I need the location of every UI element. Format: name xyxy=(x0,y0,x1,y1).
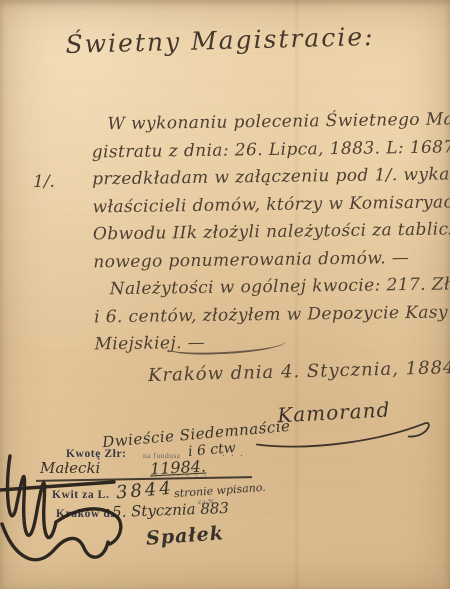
stamp-dots: . : . xyxy=(222,448,245,459)
scanned-letter-page: Świetny Magistracie: 1/. W wykonaniu pol… xyxy=(0,0,450,589)
stamp-small-print-za-n: za N. xyxy=(198,497,216,506)
margin-marker: 1/. xyxy=(33,172,55,192)
salutation: Świetny Magistracie: xyxy=(40,21,401,59)
dateline: Kraków dnia 4. Stycznia, 1884. xyxy=(148,357,450,386)
letter-body: W wykonaniu polecenia Świetnego Ma- gist… xyxy=(91,110,442,362)
clerk-signature: Spałek xyxy=(145,522,224,549)
large-ink-scrawl-signature xyxy=(0,438,136,573)
entry-note: stronie wpisano. xyxy=(174,481,266,500)
